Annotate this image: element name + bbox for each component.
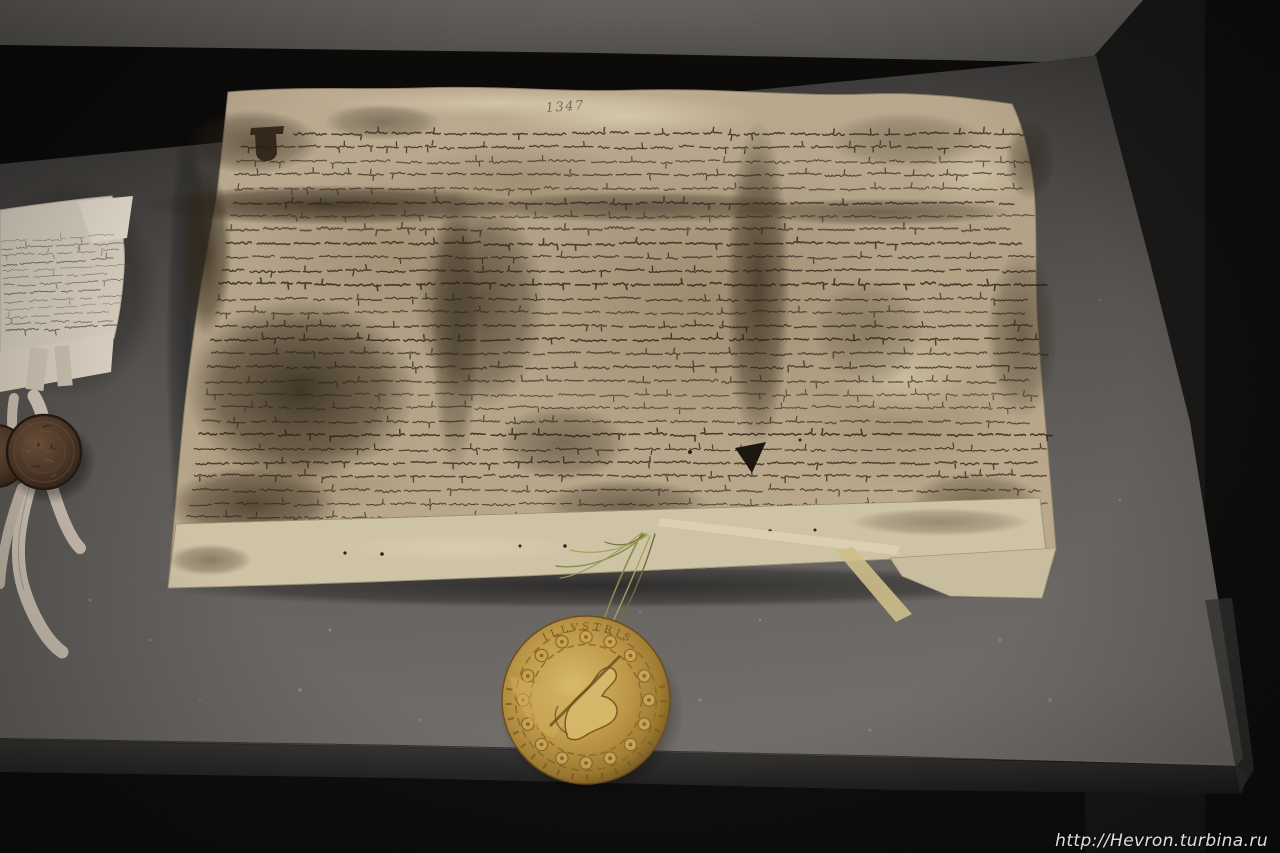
wax-seal-right bbox=[7, 415, 81, 489]
main-charter: 1347 bbox=[140, 87, 1058, 598]
photo-frame: 1347 bbox=[0, 0, 1280, 853]
date-inscription: 1347 bbox=[545, 98, 585, 116]
fold-sheen bbox=[330, 532, 590, 564]
museum-case-scene: 1347 bbox=[0, 0, 1280, 853]
golden-bulla-seal: ILLVSTRIS bbox=[502, 616, 670, 784]
fold-stain bbox=[168, 544, 252, 576]
watermark-url: http://Hevron.turbina.ru bbox=[1055, 831, 1268, 851]
fold-stain bbox=[850, 508, 1030, 536]
